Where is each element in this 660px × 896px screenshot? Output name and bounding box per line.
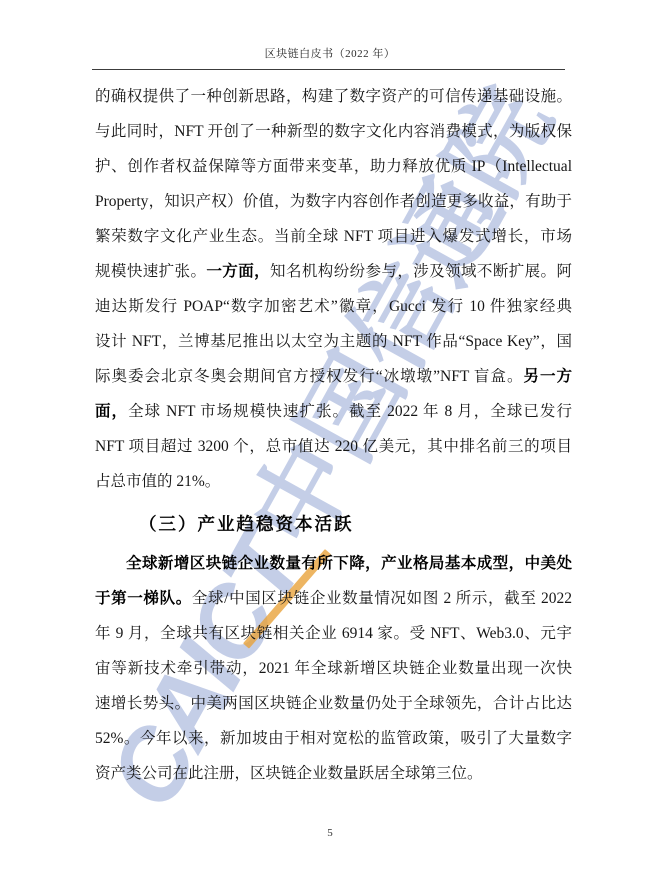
text-line: 的确权提供了一种创新思路，构建了数字资产的可信传递基础设施。 [95,79,572,114]
text-segment: 的确权提供了一种创新思路，构建了数字资产的可信传递基础设施。 [95,88,572,105]
text-segment: 52%。今年以来，新加坡由于相对宽松的监管政策，吸引了大量数字 [95,730,572,747]
text-segment: 全球/中国区块链企业数量情况如图 2 所示，截至 2022 [192,590,572,607]
text-line: 面，全球 NFT 市场规模快速扩张。截至 2022 年 8 月，全球已发行 [95,394,572,429]
text-line: 速增长势头。中美两国区块链企业数量仍处于全球领先，合计占比达 [95,686,572,721]
text-line: 于第一梯队。全球/中国区块链企业数量情况如图 2 所示，截至 2022 [95,581,572,616]
page-number: 5 [0,827,660,839]
text-segment: 与此同时，NFT 开创了一种新型的数字文化内容消费模式，为版权保 [95,123,572,140]
text-line: 资产类公司在此注册，区块链企业数量跃居全球第三位。 [95,756,572,791]
text-segment: 规模快速扩张。 [95,263,206,280]
text-line: Property，知识产权）价值，为数字内容创作者创造更多收益，有助于 [95,184,572,219]
header-rule [92,69,565,70]
bold-text-segment: 面， [95,403,128,420]
text-line: 占总市值的 21%。 [95,464,572,499]
bold-text-segment: 全球新增区块链企业数量有所下降，产业格局基本成型，中美处 [126,555,572,572]
section-heading: （三）产业趋稳资本活跃 [95,507,572,542]
text-segment: 资产类公司在此注册，区块链企业数量跃居全球第三位。 [95,765,483,782]
text-line: 迪达斯发行 POAP“数字加密艺术”徽章，Gucci 发行 10 件独家经典 [95,289,572,324]
text-segment: 设计 NFT，兰博基尼推出以太空为主题的 NFT 作品“Space Key”，国 [95,333,572,350]
paragraph-industry-capital: 全球新增区块链企业数量有所下降，产业格局基本成型，中美处于第一梯队。全球/中国区… [95,546,572,791]
text-line: 与此同时，NFT 开创了一种新型的数字文化内容消费模式，为版权保 [95,114,572,149]
bold-text-segment: 另一方 [523,368,572,385]
text-segment: Property，知识产权）价值，为数字内容创作者创造更多收益，有助于 [95,193,572,210]
text-segment: 占总市值的 21%。 [95,473,220,490]
text-segment: 知名机构纷纷参与，涉及领域不断扩展。阿 [270,263,572,280]
paragraph-nft-market: 的确权提供了一种创新思路，构建了数字资产的可信传递基础设施。与此同时，NFT 开… [95,79,572,499]
text-segment: 迪达斯发行 POAP“数字加密艺术”徽章，Gucci 发行 10 件独家经典 [95,298,572,315]
text-segment: 际奥委会北京冬奥会期间官方授权发行“冰墩墩”NFT 盲盒。 [95,368,523,385]
text-segment: 繁荣数字文化产业生态。当前全球 NFT 项目进入爆发式增长，市场 [95,228,572,245]
text-segment: 年 9 月，全球共有区块链相关企业 6914 家。受 NFT、Web3.0、元宇 [95,625,572,642]
text-line: 际奥委会北京冬奥会期间官方授权发行“冰墩墩”NFT 盲盒。另一方 [95,359,572,394]
text-line: 52%。今年以来，新加坡由于相对宽松的监管政策，吸引了大量数字 [95,721,572,756]
text-line: 全球新增区块链企业数量有所下降，产业格局基本成型，中美处 [95,546,572,581]
text-segment: 全球 NFT 市场规模快速扩张。截至 2022 年 8 月，全球已发行 [128,403,572,420]
body-text: 的确权提供了一种创新思路，构建了数字资产的可信传递基础设施。与此同时，NFT 开… [95,79,572,791]
text-line: 护、创作者权益保障等方面带来变革，助力释放优质 IP（Intellectual [95,149,572,184]
bold-text-segment: 一方面， [206,263,270,280]
text-line: 规模快速扩张。一方面，知名机构纷纷参与，涉及领域不断扩展。阿 [95,254,572,289]
text-segment: 护、创作者权益保障等方面带来变革，助力释放优质 IP（Intellectual [95,158,572,175]
text-segment: NFT 项目超过 3200 个，总市值达 220 亿美元，其中排名前三的项目 [95,438,572,455]
text-segment: 宙等新技术牵引带动，2021 年全球新增区块链企业数量出现一次快 [95,660,572,677]
text-line: 宙等新技术牵引带动，2021 年全球新增区块链企业数量出现一次快 [95,651,572,686]
document-page: CAICT中国信通院 区块链白皮书（2022 年） 的确权提供了一种创新思路，构… [0,0,660,896]
bold-text-segment: 于第一梯队。 [95,590,192,607]
header-title: 区块链白皮书（2022 年） [0,45,660,61]
text-line: 繁荣数字文化产业生态。当前全球 NFT 项目进入爆发式增长，市场 [95,219,572,254]
text-segment: 速增长势头。中美两国区块链企业数量仍处于全球领先，合计占比达 [95,695,572,712]
text-line: 设计 NFT，兰博基尼推出以太空为主题的 NFT 作品“Space Key”，国 [95,324,572,359]
text-line: 年 9 月，全球共有区块链相关企业 6914 家。受 NFT、Web3.0、元宇 [95,616,572,651]
text-line: NFT 项目超过 3200 个，总市值达 220 亿美元，其中排名前三的项目 [95,429,572,464]
